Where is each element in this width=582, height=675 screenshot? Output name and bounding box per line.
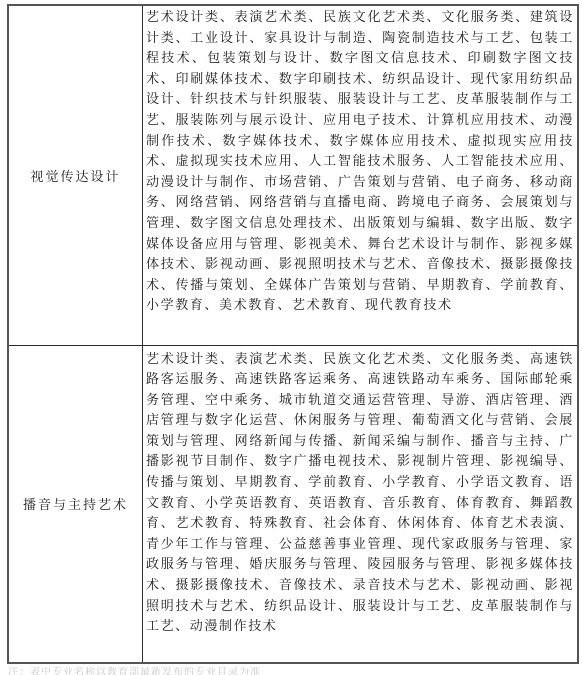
category-cell: 播音与主持艺术 (8, 345, 143, 663)
category-cell: 视觉传达设计 (8, 5, 143, 345)
footnote-cutoff: 注：表中专业名称以教育部最新发布的专业目录为准 (8, 667, 428, 675)
table-row: 播音与主持艺术 艺术设计类、表演艺术类、民族文化艺术类、文化服务类、高速铁路客运… (8, 345, 578, 663)
table-row: 视觉传达设计 艺术设计类、表演艺术类、民族文化艺术类、文化服务类、建筑设计类、工… (8, 5, 578, 345)
major-mapping-table: 视觉传达设计 艺术设计类、表演艺术类、民族文化艺术类、文化服务类、建筑设计类、工… (7, 4, 579, 664)
majors-cell: 艺术设计类、表演艺术类、民族文化艺术类、文化服务类、建筑设计类、工业设计、家具设… (143, 5, 579, 345)
majors-cell: 艺术设计类、表演艺术类、民族文化艺术类、文化服务类、高速铁路客运服务、高速铁路客… (143, 345, 579, 663)
